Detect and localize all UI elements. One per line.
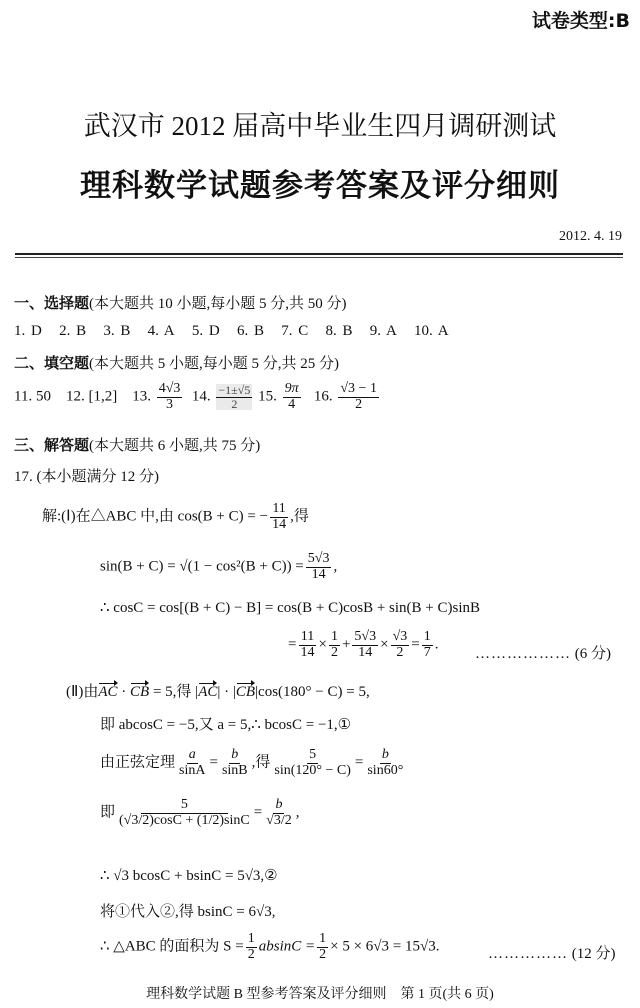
solution-line-1: 解:(Ⅰ)在△ABC 中,由 cos(B + C) = −1114,得: [42, 502, 309, 532]
solution-line-10: 将①代入②,得 bsinC = 6√3,: [100, 900, 275, 921]
document-date: 2012. 4. 19: [559, 229, 622, 245]
solution-line-2: sin(B + C) = √(1 − cos²(B + C)) =5√314,: [100, 552, 337, 582]
answer-3: 3. B: [103, 323, 130, 339]
answer-4: 4. A: [148, 323, 175, 339]
answer-5: 5. D: [192, 323, 220, 339]
solution-line-4: =1114×12+5√314×√32=17.: [288, 630, 438, 660]
solution-line-9: ∴ √3 bcosC + bsinC = 5√3,②: [100, 866, 278, 885]
score-6: ……………… (6 分): [475, 642, 611, 663]
document-subtitle: 理科数学试题参考答案及评分细则: [0, 160, 640, 205]
problem-17-heading: 17. (本小题满分 12 分): [14, 465, 159, 486]
answer-7: 7. C: [281, 323, 308, 339]
solution-line-3: ∴ cosC = cos[(B + C) − B] = cos(B + C)co…: [100, 598, 480, 617]
header-divider-thick: [15, 253, 623, 255]
answer-6: 6. B: [237, 323, 264, 339]
page-footer: 理科数学试题 B 型参考答案及评分细则 第 1 页(共 6 页): [0, 983, 640, 1003]
solution-line-11: ∴ △ABC 的面积为 S =12absinC =12× 5 × 6√3 = 1…: [100, 932, 439, 962]
document-title: 武汉市 2012 届高中毕业生四月调研测试: [0, 104, 640, 143]
solution-line-5: (Ⅱ)由AC · CB = 5,得 |AC| · |CB|cos(180° − …: [66, 680, 370, 701]
score-12: …………… (12 分): [488, 942, 616, 963]
answer-10: 10. A: [414, 323, 449, 339]
answer-13-fraction: 4√33: [157, 382, 183, 412]
header-divider-thin: [15, 257, 623, 258]
answer-15-fraction: 9π4: [283, 382, 301, 412]
answer-2: 2. B: [59, 323, 86, 339]
answer-14-fraction: −1±√52: [216, 384, 252, 410]
solution-line-8: 即5(√3/2)cosC + (1/2)sinC=b√3/2,: [100, 798, 300, 828]
solution-line-6: 即 abcosC = −5,又 a = 5,∴ bcosC = −1,①: [100, 713, 351, 734]
paper-type-label: 试卷类型:B: [532, 6, 630, 33]
fill-blank-answers: 11. 50 12. [1,2] 13. 4√33 14. −1±√52 15.…: [14, 382, 381, 412]
answer-1: 1. D: [14, 323, 42, 339]
solution-line-7: 由正弦定理asinA=bsinB,得5sin(120° − C)=bsin60°: [100, 748, 407, 778]
section-multiple-choice-heading: 一、选择题(本大题共 10 小题,每小题 5 分,共 50 分): [14, 292, 347, 313]
multiple-choice-answers: 1. D 2. B 3. B 4. A 5. D 6. B 7. C 8. B …: [14, 323, 449, 340]
answer-9: 9. A: [370, 323, 397, 339]
section-fill-blank-heading: 二、填空题(本大题共 5 小题,每小题 5 分,共 25 分): [14, 352, 339, 373]
answer-8: 8. B: [326, 323, 353, 339]
section-solutions-heading: 三、解答题(本大题共 6 小题,共 75 分): [14, 434, 260, 455]
answer-16-fraction: √3 − 12: [338, 382, 379, 412]
answer-11: 11. 50: [14, 389, 51, 405]
answer-12: 12. [1,2]: [66, 389, 117, 405]
